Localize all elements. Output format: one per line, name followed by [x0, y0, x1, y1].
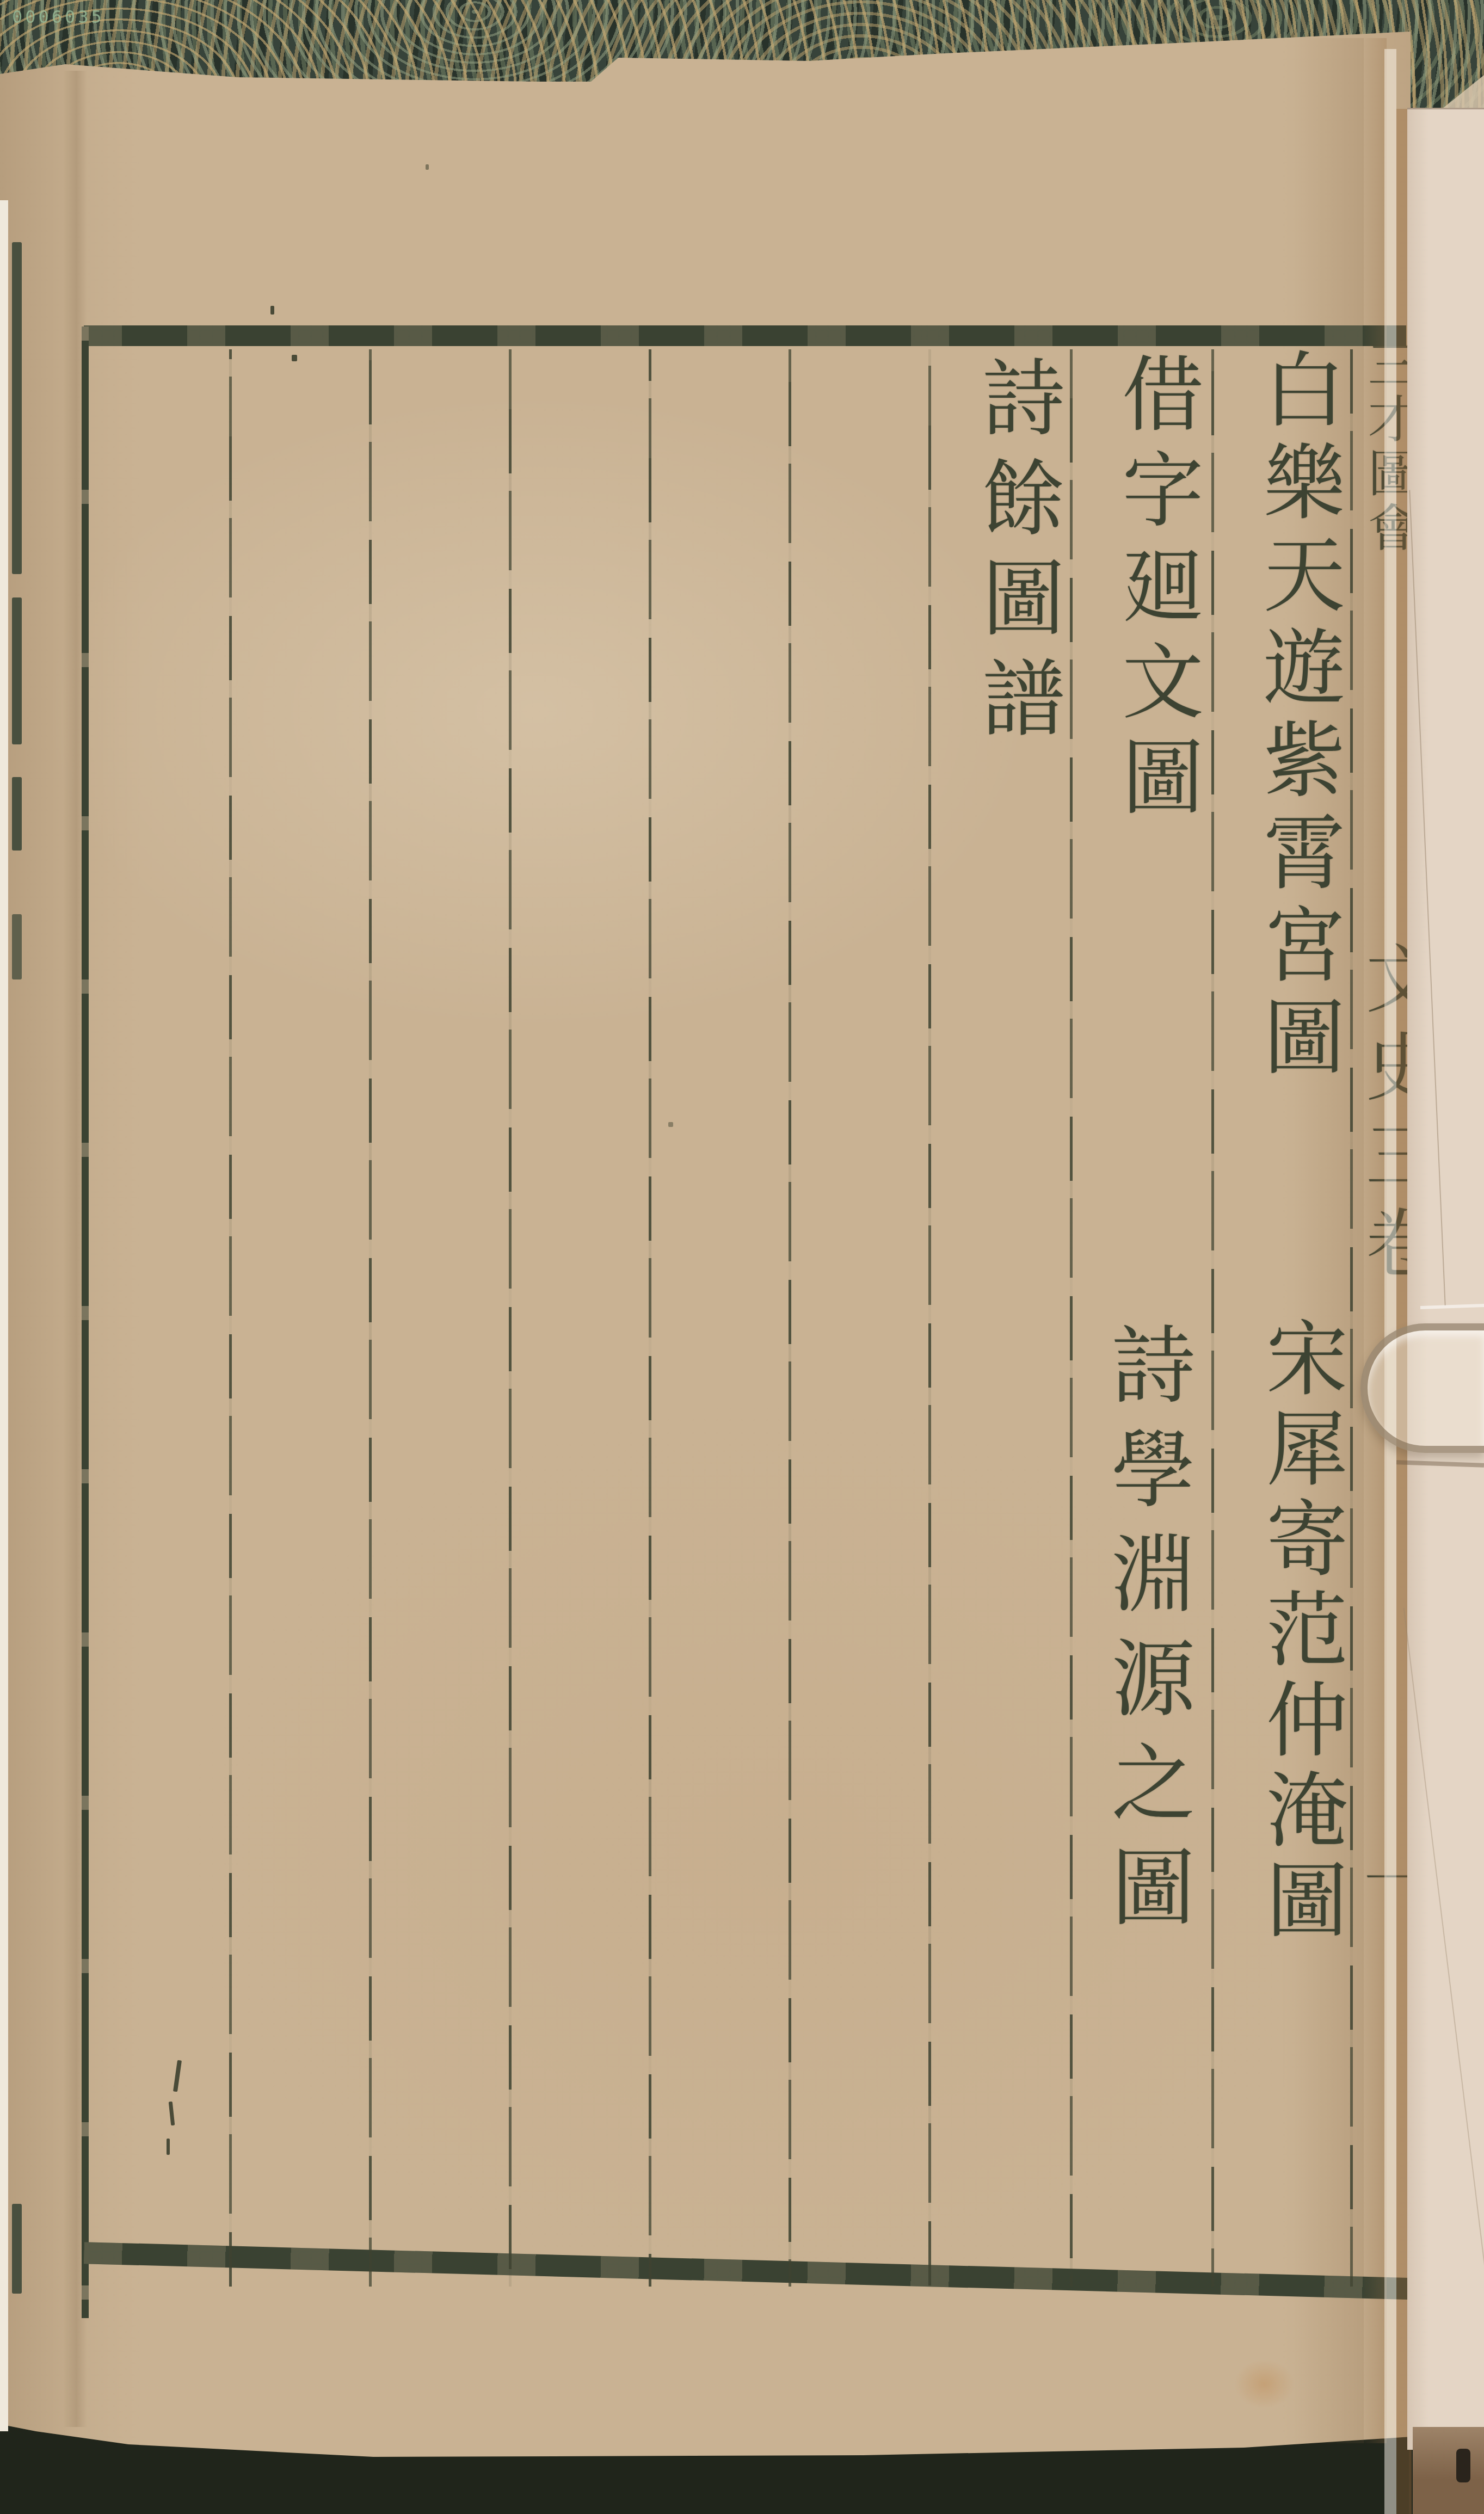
page-fold-edge — [1362, 38, 1387, 2443]
frame-top-border — [84, 325, 1406, 346]
book-cover-edge — [1413, 2427, 1484, 2514]
ink-speck — [668, 1122, 673, 1127]
toc-entry-col1-top: 白樂天遊紫霄宮圖 — [1255, 347, 1337, 1087]
ink-speck — [292, 355, 297, 361]
ink-speck — [270, 306, 274, 315]
scan-watermark: 0006035 — [12, 7, 104, 27]
toc-entry-col3-top: 詩餘圖譜 — [975, 355, 1057, 755]
book-scan: 白樂天遊紫霄宮圖 宋犀寄范仲淹圖 借字廻文圖 詩學淵源之圖 詩餘圖譜 三才圖會 … — [0, 0, 1484, 2514]
column-divider — [1070, 349, 1073, 2287]
toc-entry-col1-bottom: 宋犀寄范仲淹圖 — [1258, 1316, 1340, 1948]
column-divider — [369, 349, 372, 2287]
facing-page-frame-edge — [12, 597, 22, 744]
toc-entry-col2-bottom: 詩學淵源之圖 — [1104, 1321, 1187, 1948]
facing-page-frame-edge — [12, 242, 22, 574]
plastic-clip — [1360, 1323, 1484, 1453]
facing-page-frame-edge — [12, 914, 22, 979]
frame-left-border — [82, 326, 89, 2318]
column-divider — [509, 349, 512, 2287]
backing-page — [1407, 108, 1484, 2450]
column-divider — [229, 349, 232, 2287]
page-left-edge-sliver — [0, 200, 8, 2431]
facing-page-frame-edge — [12, 777, 22, 851]
toc-entry-col2-top: 借字廻文圖 — [1114, 352, 1196, 830]
cover-slot — [1456, 2449, 1470, 2482]
column-divider — [1211, 349, 1214, 2287]
column-divider — [789, 349, 791, 2287]
column-divider — [928, 349, 931, 2287]
stain — [1234, 2359, 1294, 2408]
column-divider — [649, 349, 651, 2287]
ink-speck — [167, 2139, 170, 2155]
column-divider — [1350, 349, 1353, 2287]
facing-page-frame-edge — [12, 2204, 22, 2294]
ink-speck — [426, 164, 429, 170]
plastic-strip-highlight — [1384, 49, 1396, 2514]
